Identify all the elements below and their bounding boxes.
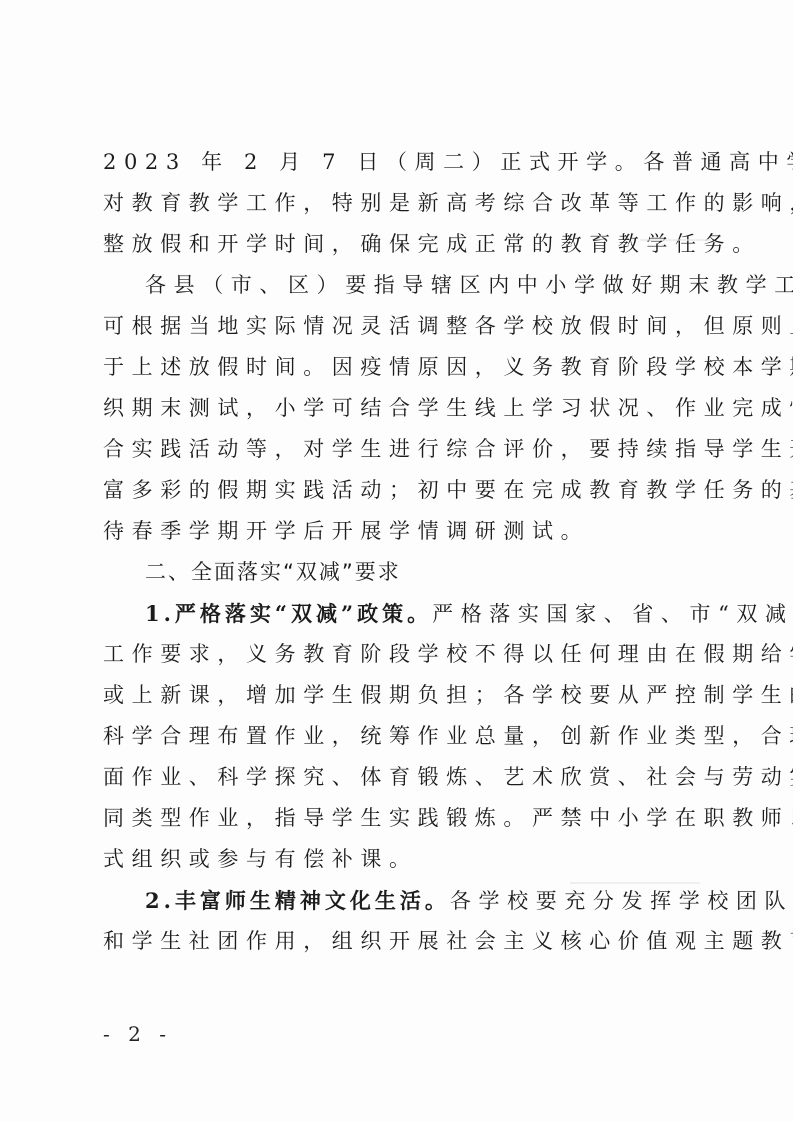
item-title: 2.丰富师生精神文化生活。 — [145, 888, 450, 913]
text-line: 可根据当地实际情况灵活调整各学校放假时间，但原则上不得晚 — [103, 306, 693, 347]
text-line: 同类型作业，指导学生实践锻炼。严禁中小学在职教师以任何形 — [103, 798, 693, 839]
text-line: 科学合理布置作业，统筹作业总量，创新作业类型，合理布置书 — [103, 716, 693, 757]
page-number: - 2 - — [103, 1022, 172, 1046]
item-double-reduction-policy: 1.严格落实“双减”政策。严格落实国家、省、市“双减” 工作要求，义务教育阶段学… — [103, 593, 693, 880]
item-title: 1.严格落实“双减”政策。 — [145, 601, 432, 626]
section-heading: 二、全面落实“双减”要求 — [103, 552, 693, 593]
text-line: 富多彩的假期实践活动；初中要在完成教育教学任务的基础上， — [103, 470, 693, 511]
text-line: 工作要求，义务教育阶段学校不得以任何理由在假期给学生补课 — [103, 634, 693, 675]
scan-artifact — [640, 239, 710, 241]
paragraph-school-opening: 2023 年 2 月 7 日（周二）正式开学。各普通高中学校根据疫情 对教育教学… — [103, 142, 693, 265]
item-text: 各学校要充分发挥学校团队组织 — [450, 889, 793, 913]
text-line: 合实践活动等，对学生进行综合评价，要持续指导学生开展好丰 — [103, 429, 693, 470]
text-line: 或上新课，增加学生假期负担；各学校要从严控制学生的作业量， — [103, 675, 693, 716]
text-line: 面作业、科学探究、体育锻炼、艺术欣赏、社会与劳动实践等不 — [103, 757, 693, 798]
text-line: 织期末测试，小学可结合学生线上学习状况、作业完成情况、综 — [103, 388, 693, 429]
scan-artifact — [570, 882, 700, 884]
paragraph-county-guidance: 各县（市、区）要指导辖区内中小学做好期末教学工作安排， 可根据当地实际情况灵活调… — [103, 265, 693, 552]
text-line: 整放假和开学时间，确保完成正常的教育教学任务。 — [103, 224, 693, 265]
text-line: 和学生社团作用，组织开展社会主义核心价值观主题教育活动， — [103, 921, 693, 962]
item-text: 严格落实国家、省、市“双减” — [432, 602, 793, 626]
text-line: 1.严格落实“双减”政策。严格落实国家、省、市“双减” — [103, 593, 693, 634]
text-line: 2.丰富师生精神文化生活。各学校要充分发挥学校团队组织 — [103, 880, 693, 921]
document-page: 2023 年 2 月 7 日（周二）正式开学。各普通高中学校根据疫情 对教育教学… — [103, 142, 693, 962]
text-line: 于上述放假时间。因疫情原因，义务教育阶段学校本学期不再组 — [103, 347, 693, 388]
text-line: 2023 年 2 月 7 日（周二）正式开学。各普通高中学校根据疫情 — [103, 142, 693, 183]
text-line: 对教育教学工作，特别是新高考综合改革等工作的影响，合理调 — [103, 183, 693, 224]
text-line: 式组织或参与有偿补课。 — [103, 839, 693, 880]
text-line: 待春季学期开学后开展学情调研测试。 — [103, 511, 693, 552]
text-line: 各县（市、区）要指导辖区内中小学做好期末教学工作安排， — [103, 265, 693, 306]
item-cultural-life: 2.丰富师生精神文化生活。各学校要充分发挥学校团队组织 和学生社团作用，组织开展… — [103, 880, 693, 962]
